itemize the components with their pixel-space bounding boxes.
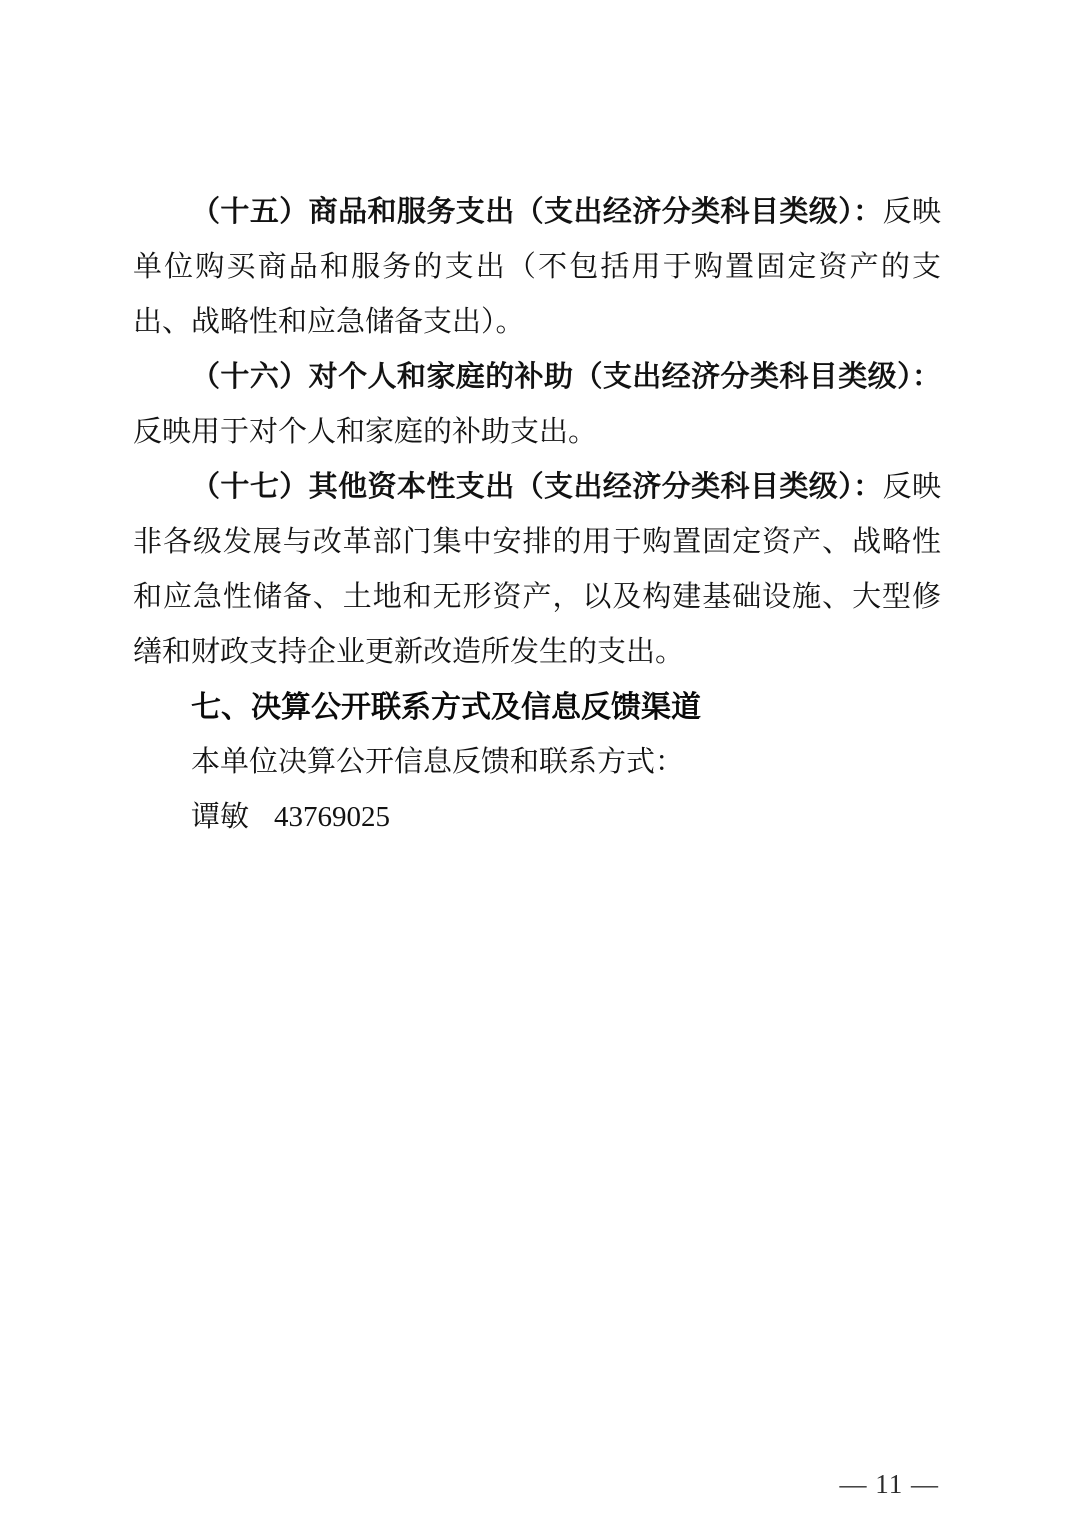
page-footer: — 11 — — [840, 1469, 940, 1499]
page-number: — 11 — — [840, 1469, 940, 1499]
paragraph-item-15: （十五）商品和服务支出（支出经济分类科目类级）：反映单位购买商品和服务的支出（不… — [133, 185, 941, 350]
paragraph-16-lead: （十六）对个人和家庭的补助（支出经济分类科目类级）： — [191, 361, 941, 393]
section-heading: 七、决算公开联系方式及信息反馈渠道 — [133, 680, 941, 735]
paragraph-15-lead: （十五）商品和服务支出（支出经济分类科目类级）： — [191, 196, 883, 228]
feedback-line: 本单位决算公开信息反馈和联系方式： — [133, 735, 941, 790]
paragraph-17-lead: （十七）其他资本性支出（支出经济分类科目类级）： — [191, 471, 883, 503]
contact-line: 谭敏43769025 — [133, 790, 941, 845]
document-body: （十五）商品和服务支出（支出经济分类科目类级）：反映单位购买商品和服务的支出（不… — [133, 185, 941, 845]
paragraph-16-text: 反映用于对个人和家庭的补助支出。 — [133, 416, 597, 448]
paragraph-item-17: （十七）其他资本性支出（支出经济分类科目类级）：反映非各级发展与改革部门集中安排… — [133, 460, 941, 680]
contact-name: 谭敏 — [191, 801, 249, 833]
document-page: （十五）商品和服务支出（支出经济分类科目类级）：反映单位购买商品和服务的支出（不… — [0, 0, 1069, 1515]
paragraph-item-16: （十六）对个人和家庭的补助（支出经济分类科目类级）：反映用于对个人和家庭的补助支… — [133, 350, 941, 460]
contact-phone: 43769025 — [274, 801, 390, 833]
